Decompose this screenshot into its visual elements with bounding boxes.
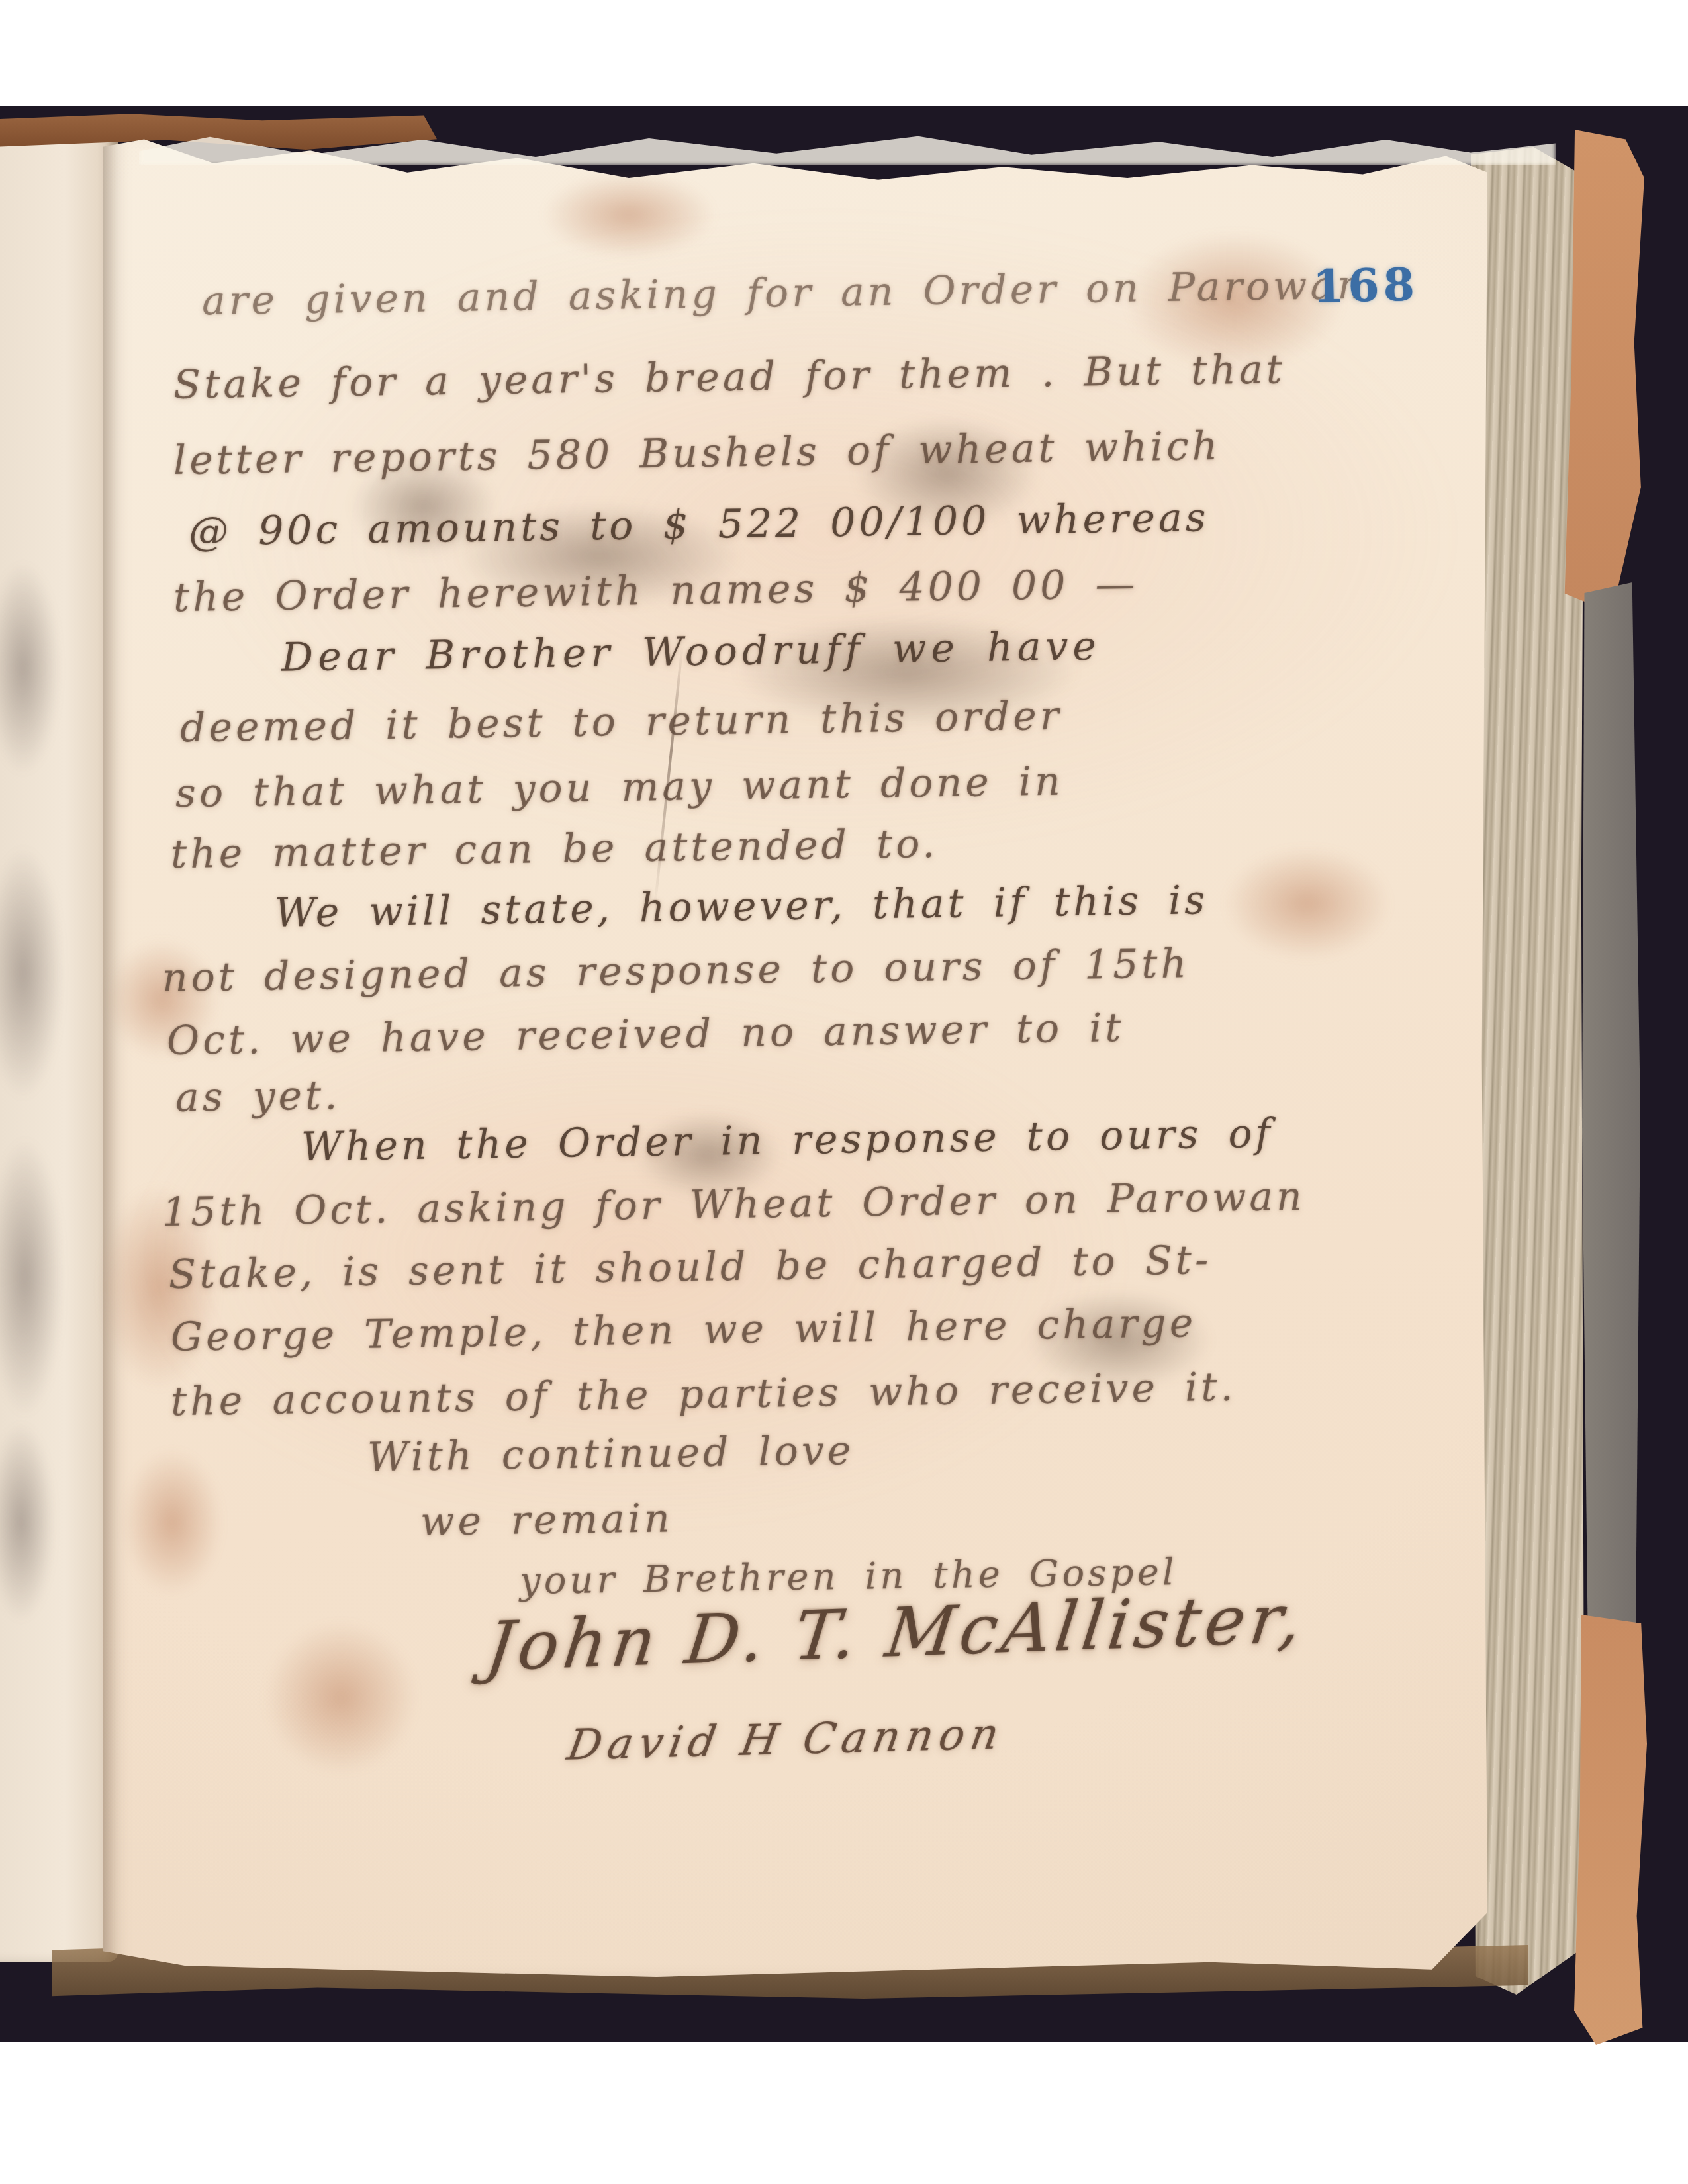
scanned-letterbook-page: are given and asking for an Order on Par… — [0, 0, 1688, 2184]
book-fore-edge-pages — [1471, 147, 1585, 1995]
page-number-stamp: 168 — [1312, 258, 1419, 313]
closing-line: With continued love — [367, 1428, 855, 1480]
foxing-stain — [1225, 847, 1390, 960]
torn-cover-paper — [1574, 1615, 1647, 2045]
foxing-stain — [122, 1449, 222, 1595]
closing-line: we remain — [420, 1495, 674, 1545]
foxing-stain — [265, 1621, 417, 1774]
handwritten-line: as yet. — [175, 1072, 341, 1120]
cover-board-cloth — [1582, 582, 1640, 1641]
foxing-stain — [543, 172, 715, 258]
